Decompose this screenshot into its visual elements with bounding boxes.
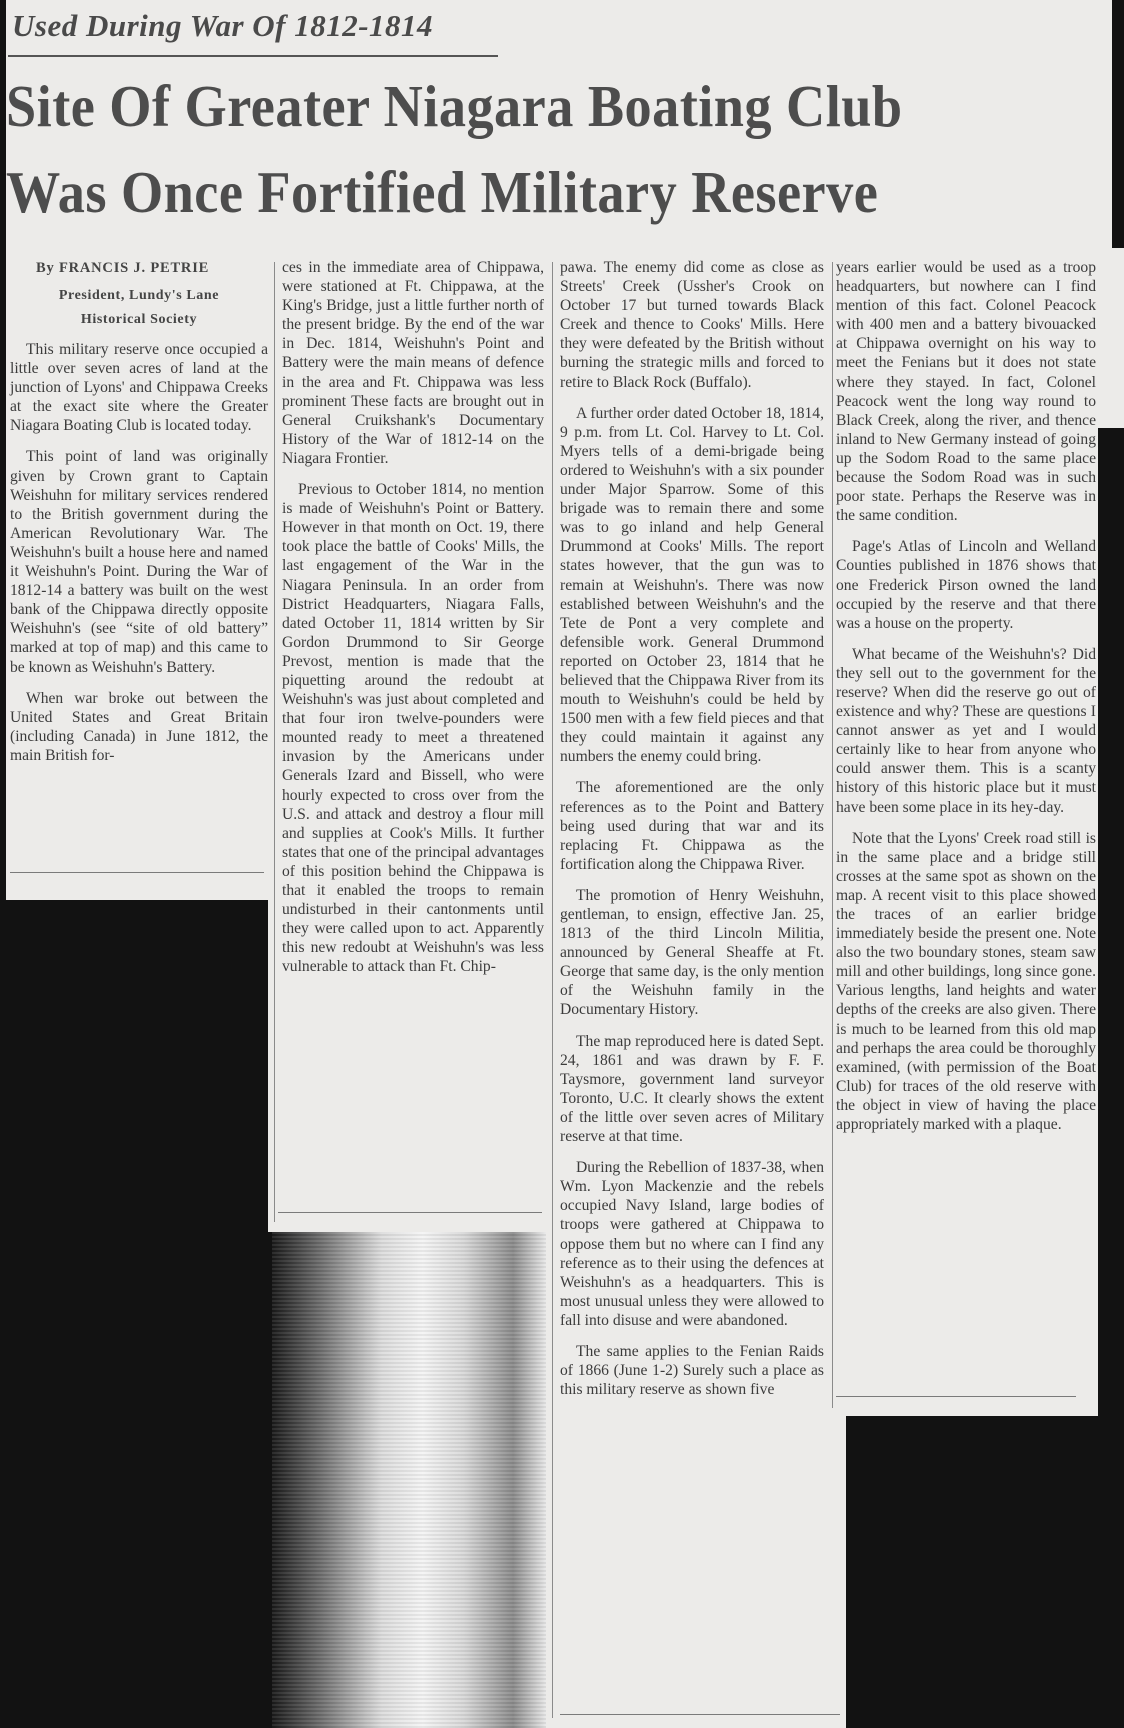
headline-line-1: Site Of Greater Niagara Boating Club [6, 72, 903, 141]
paragraph: The same applies to the Fenian Raids of … [560, 1342, 824, 1399]
paragraph: The promotion of Henry Weishuhn, gentlem… [560, 886, 824, 1020]
paragraph: The map reproduced here is dated Sept. 2… [560, 1032, 824, 1147]
column-2-bottom-rule [278, 1212, 542, 1213]
paragraph: years earlier would be used as a troop h… [836, 258, 1096, 525]
paragraph: This point of land was originally given … [10, 447, 268, 676]
paragraph: The aforementioned are the only referenc… [560, 778, 824, 873]
paragraph: This military reserve once occupied a li… [10, 340, 268, 435]
paragraph: During the Rebellion of 1837-38, when Wm… [560, 1158, 824, 1330]
column-rule-2 [552, 262, 553, 1718]
scan-gradient-strip [272, 1232, 546, 1728]
paragraph: Note that the Lyons' Creek road still is… [836, 829, 1096, 1135]
column-rule-1 [274, 262, 275, 1222]
paragraph: pawa. The enemy did come as close as Str… [560, 258, 824, 392]
column-4-bottom-rule [836, 1396, 1076, 1397]
byline-title-line-1: President, Lundy's Lane [10, 286, 268, 306]
kicker-headline: Used During War Of 1812-1814 [12, 8, 433, 44]
kicker-rule [8, 55, 498, 57]
paragraph: ces in the immediate area of Chippawa, w… [282, 258, 544, 468]
article-column-1: By FRANCIS J. PETRIE President, Lundy's … [10, 258, 268, 777]
paragraph: Previous to October 1814, no mention is … [282, 480, 544, 976]
headline-line-2: Was Once Fortified Military Reserve [6, 158, 878, 227]
byline-author: By FRANCIS J. PETRIE [10, 258, 268, 278]
article-column-3: pawa. The enemy did come as close as Str… [560, 258, 824, 1411]
article-column-4: years earlier would be used as a troop h… [836, 258, 1096, 1146]
paragraph: A further order dated October 18, 1814, … [560, 404, 824, 767]
paragraph: When war broke out between the United St… [10, 689, 268, 765]
paragraph: Page's Atlas of Lincoln and Welland Coun… [836, 537, 1096, 632]
column-3-bottom-rule [560, 1714, 840, 1715]
column-1-bottom-rule [10, 872, 264, 873]
column-rule-3 [832, 262, 833, 1408]
article-column-2: ces in the immediate area of Chippawa, w… [282, 258, 544, 988]
byline-title-line-2: Historical Society [10, 310, 268, 330]
paragraph: What became of the Weishuhn's? Did they … [836, 645, 1096, 817]
